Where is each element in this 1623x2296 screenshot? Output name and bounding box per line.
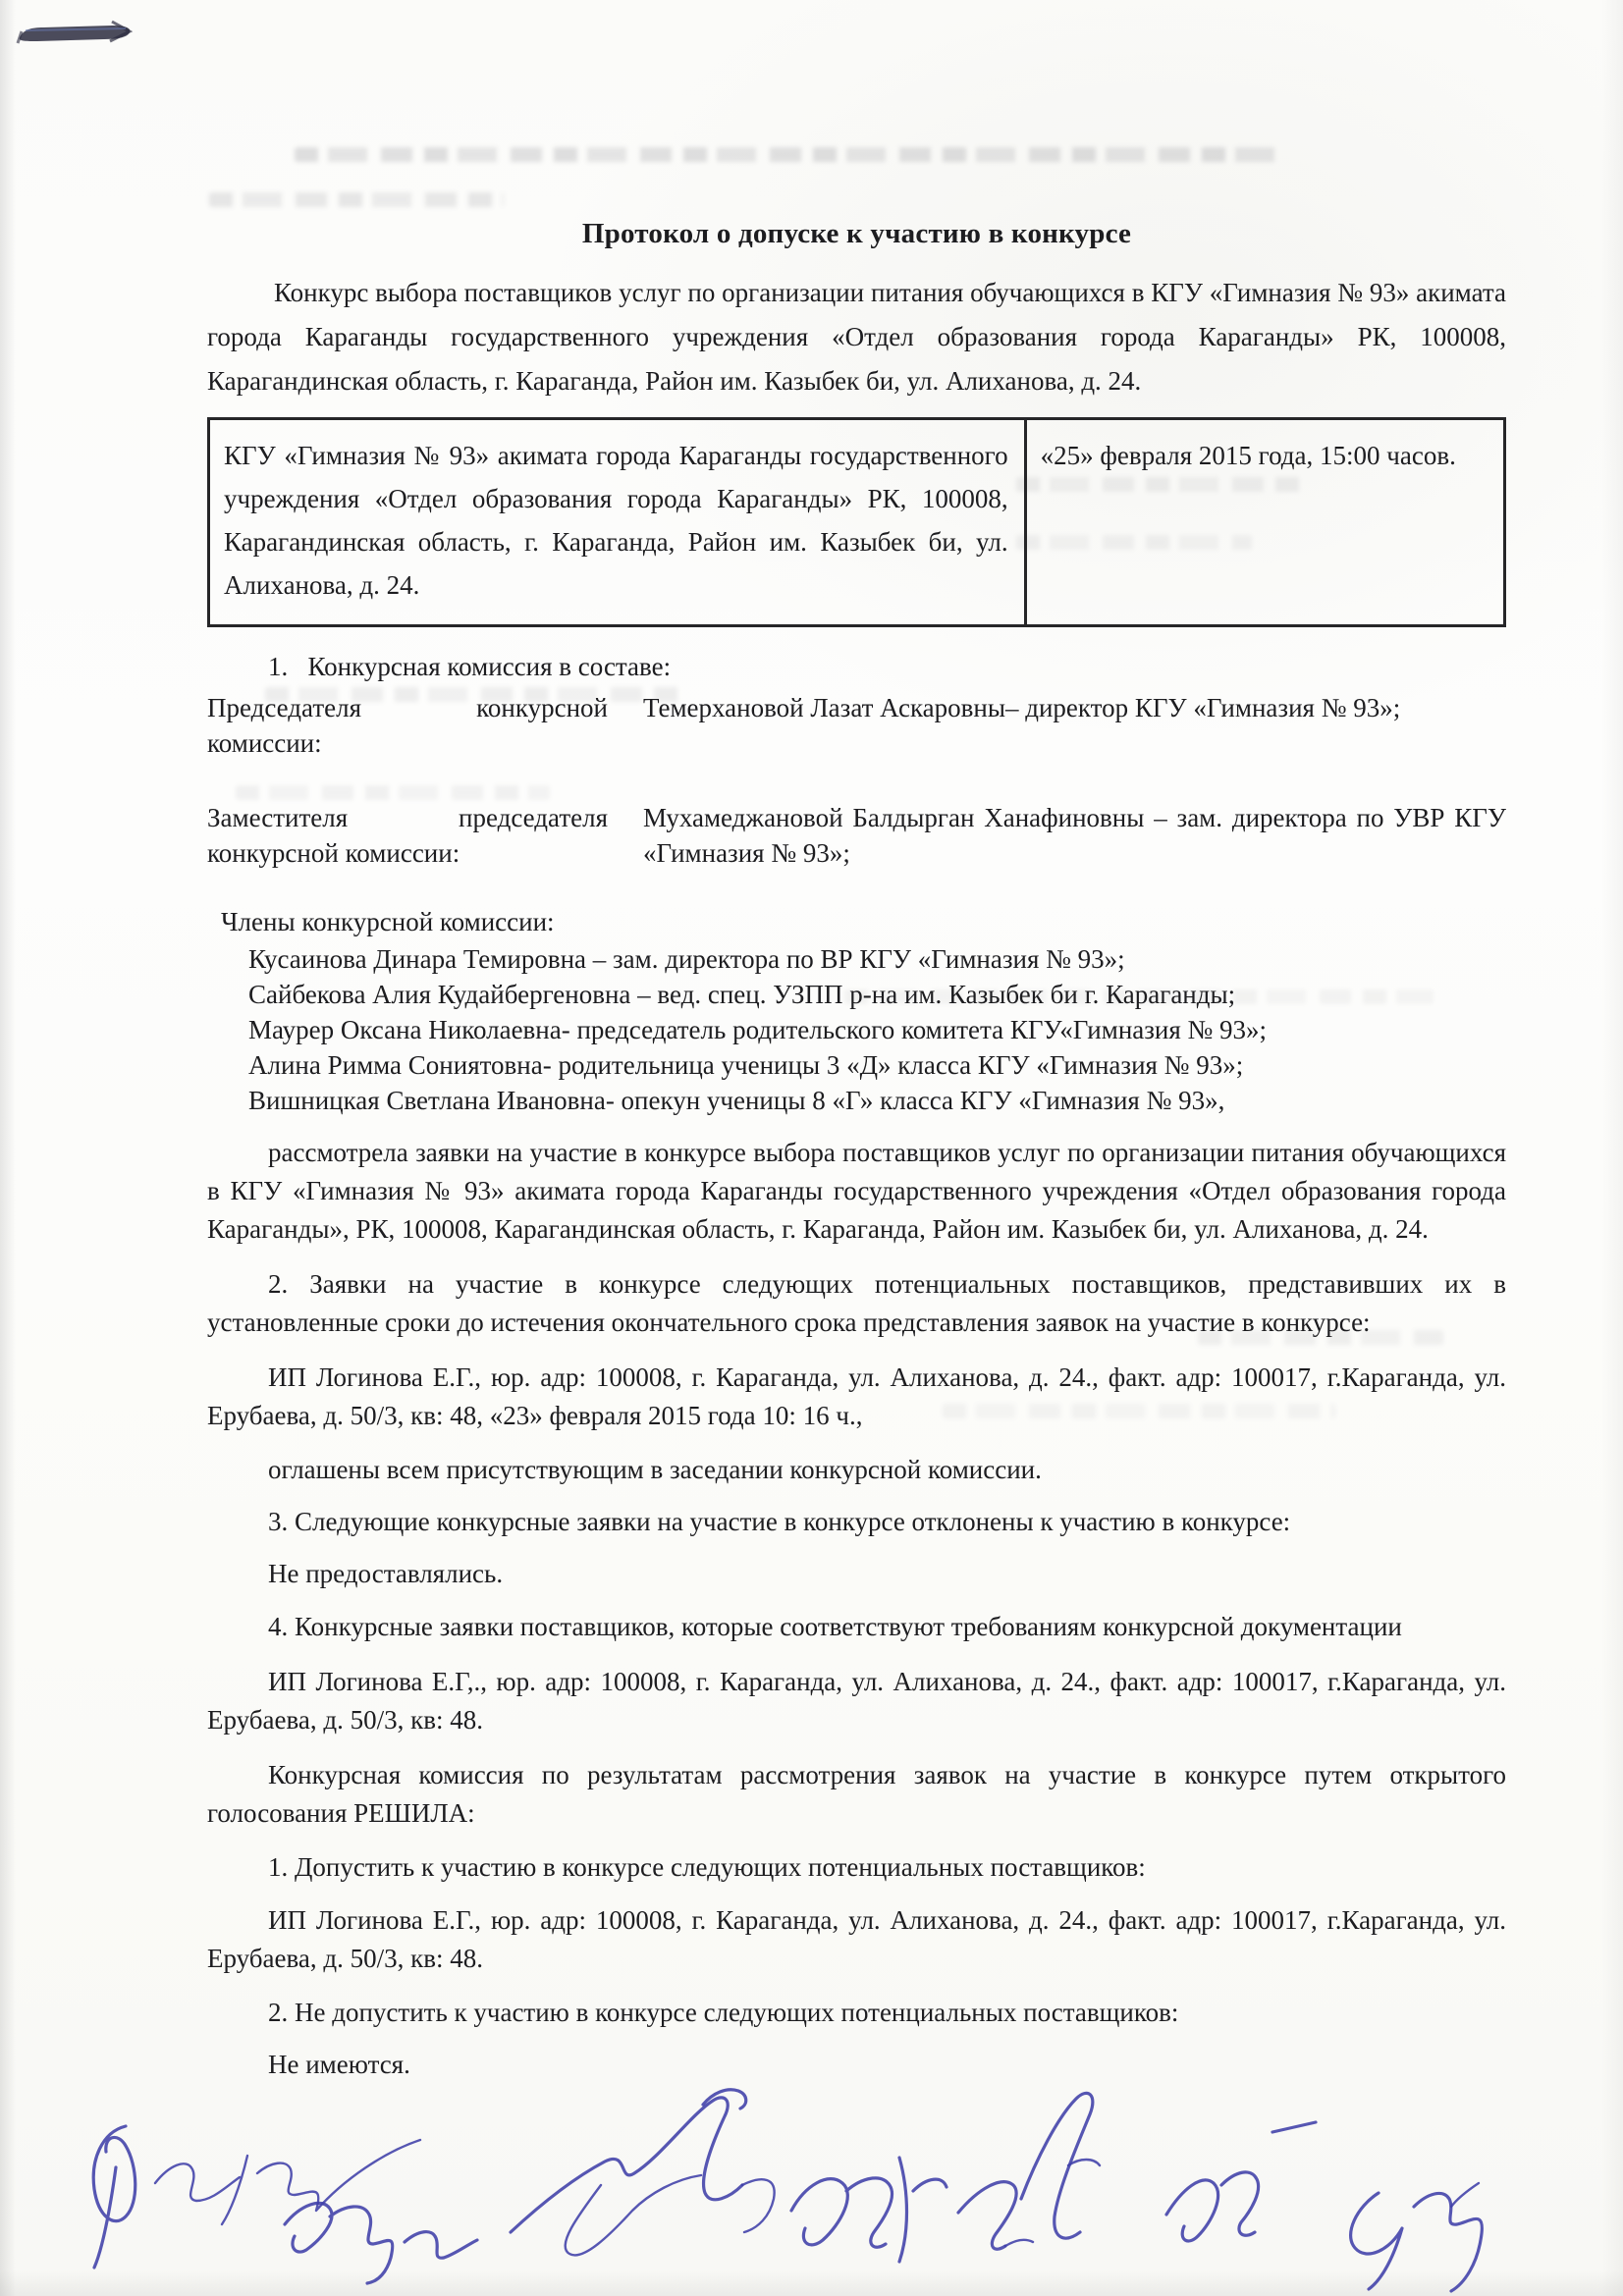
- members-list: Кусаинова Динара Темировна – зам. директ…: [207, 941, 1506, 1118]
- bleed-through-line: [295, 147, 1286, 162]
- role-row-deputy: Заместителя председателя конкурсной коми…: [207, 800, 1506, 871]
- commission-roles: Председателя конкурсной комиссии: Темерх…: [207, 690, 1506, 871]
- member-item: Вишницкая Светлана Ивановна- опекун учен…: [248, 1083, 1506, 1118]
- paragraph-none: Не имеются.: [207, 2047, 1506, 2082]
- signature-7: [1351, 2183, 1483, 2291]
- member-item: Маурер Оксана Николаевна- председатель р…: [248, 1012, 1506, 1047]
- paragraph-reviewed: рассмотрела заявки на участие в конкурсе…: [207, 1134, 1506, 1249]
- scanned-document-page: Протокол о допуске к участию в конкурсе …: [0, 0, 1623, 2296]
- paragraph-decision-intro: Конкурсная комиссия по результатам рассм…: [207, 1756, 1506, 1833]
- paragraph-supplier-1: ИП Логинова Е.Г., юр. адр: 100008, г. Ка…: [207, 1359, 1506, 1435]
- signature-2: [285, 2203, 477, 2283]
- document-title: Протокол о допуске к участию в конкурсе: [207, 214, 1506, 253]
- role-value: Темерхановой Лазат Аскаровны– директор К…: [643, 690, 1506, 761]
- role-label: Заместителя председателя конкурсной коми…: [207, 800, 608, 871]
- paragraph-announced: оглашены всем присутствующим в заседании…: [207, 1452, 1506, 1487]
- paragraph-item4: 4. Конкурсные заявки поставщиков, которы…: [207, 1608, 1506, 1646]
- members-heading: Члены конкурсной комиссии:: [221, 904, 1506, 939]
- member-item: Кусаинова Динара Темировна – зам. директ…: [248, 941, 1506, 977]
- member-item: Сайбекова Алия Кудайбергеновна – вед. сп…: [248, 977, 1506, 1012]
- signature-4: [791, 2158, 947, 2262]
- signature-5: [958, 2093, 1100, 2249]
- paragraph-supplier-3: ИП Логинова Е.Г., юр. адр: 100008, г. Ка…: [207, 1901, 1506, 1978]
- paragraph-decision-2: 2. Не допустить к участию в конкурсе сле…: [207, 1995, 1506, 2030]
- organizer-cell: КГУ «Гимназия № 93» акимата города Караг…: [209, 419, 1026, 626]
- datetime-cell: «25» февраля 2015 года, 15:00 часов.: [1025, 419, 1504, 626]
- paragraph-item3: 3. Следующие конкурсные заявки на участи…: [207, 1504, 1506, 1539]
- info-table-row: КГУ «Гимназия № 93» акимата города Караг…: [209, 419, 1505, 626]
- info-table: КГУ «Гимназия № 93» акимата города Караг…: [207, 417, 1506, 627]
- document-body: Протокол о допуске к участию в конкурсе …: [207, 214, 1506, 2099]
- commission-heading: 1. Конкурсная комиссия в составе:: [207, 649, 1506, 684]
- bleed-through-line: [209, 192, 504, 207]
- role-label: Председателя конкурсной комиссии:: [207, 690, 608, 761]
- scan-artifact-mark: [10, 12, 147, 51]
- role-row-chairman: Председателя конкурсной комиссии: Темерх…: [207, 690, 1506, 761]
- paragraph-item2: 2. Заявки на участие в конкурсе следующи…: [207, 1265, 1506, 1342]
- intro-paragraph: Конкурс выбора поставщиков услуг по орга…: [207, 271, 1506, 403]
- paragraph-supplier-2: ИП Логинова Е.Г,., юр. адр: 100008, г. К…: [207, 1663, 1506, 1739]
- signature-1: [93, 2126, 420, 2268]
- paragraph-not-provided: Не предоставлялись.: [207, 1556, 1506, 1591]
- role-value: Мухамеджановой Балдырган Ханафиновны – з…: [643, 800, 1506, 871]
- paragraph-decision-1: 1. Допустить к участию в конкурсе следую…: [207, 1849, 1506, 1885]
- member-item: Алина Римма Сониятовна- родительница уче…: [248, 1047, 1506, 1083]
- signature-3: [511, 2090, 775, 2256]
- signature-6: [1166, 2122, 1316, 2241]
